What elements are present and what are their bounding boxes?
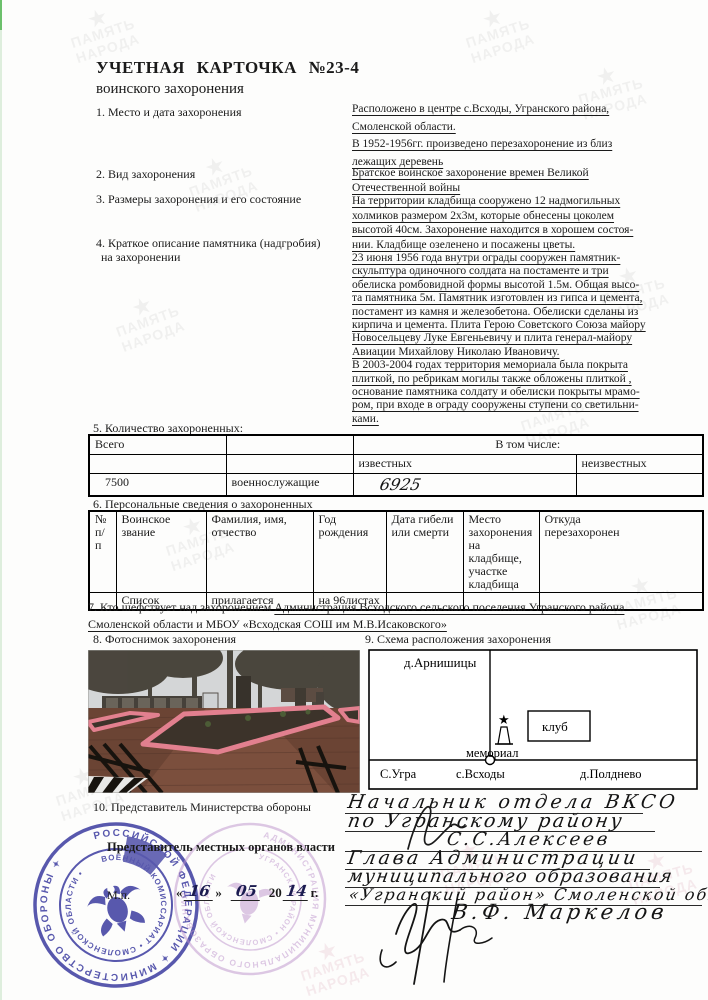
star-icon: ★ — [317, 943, 339, 961]
value-line: Расположено в центре с.Всходы, Угранског… — [352, 103, 609, 115]
known-header: известных — [353, 454, 576, 473]
value-line: В 2003-2004 годах территория мемориала б… — [352, 359, 628, 371]
field-label-3: 3. Размеры захоронения и его состояние — [96, 192, 301, 207]
value-line: нии. Кладбище озеленено и посажены цветы… — [352, 239, 575, 251]
star-icon: ★ — [205, 158, 227, 177]
category-value: военнослужащие — [226, 473, 353, 496]
value-line: обелиска ромбовидной формы высотой 1.5м.… — [352, 279, 639, 291]
personal-data-table: № п/п Воинское звание Фамилия, имя, отче… — [88, 510, 704, 611]
quote-open: « — [176, 885, 183, 901]
value-line: постамент из камня и железобетона. Обели… — [352, 306, 638, 318]
field-value-4: 23 июня 1956 года внутри ограды сооружен… — [352, 252, 652, 426]
value-line: На территории кладбища сооружено 12 надм… — [352, 195, 620, 207]
empty-cell — [226, 435, 353, 454]
total-header: Всего — [89, 435, 226, 454]
seal-place-label: М.п. — [107, 888, 130, 903]
value-line: ром, при входе в ограду сооружены ступен… — [352, 399, 639, 411]
local-representative-label: Представитель местных органов власти — [107, 840, 335, 855]
field-label-9: 9. Схема расположения захоронения — [365, 632, 551, 647]
field-7: 7. Кто шефствует над захоронением Админи… — [88, 599, 708, 632]
value-line: В 1952-1956гг. произведено перезахоронен… — [352, 138, 612, 150]
stamp1-inner-text: ВОЕННЫЙ КОМИССАРИАТ • СМОЛЕНСКОЙ ОБЛАСТИ… — [50, 839, 181, 970]
field-label-10: 10. Представитель Министерства обороны — [93, 800, 311, 815]
burial-count-table: Всего В том числе: известных неизвестных… — [88, 434, 704, 497]
date-year-handwritten: 14 — [282, 882, 310, 901]
star-icon: ★ — [596, 68, 618, 85]
unknown-value — [576, 473, 703, 496]
date-g: г. — [311, 885, 319, 901]
memorial-star-icon: ★ — [498, 712, 510, 727]
value-line: Братское воинское захоронение времен Вел… — [352, 167, 589, 179]
field-label-4: 4. Краткое описание памятника (надгробия… — [96, 236, 321, 251]
date-month-handwritten: 05 — [231, 882, 263, 901]
village-top-label: д.Арнишицы — [404, 655, 477, 670]
field-label-7: 7. Кто шефствует над захоронением — [88, 600, 274, 614]
empty-cell — [226, 454, 353, 473]
quote-close: » — [215, 885, 222, 901]
date-century: 20 — [269, 885, 282, 901]
value-line: скульптура одиночного солдата на постаме… — [352, 265, 609, 277]
value-line: Отечественной войны — [352, 182, 460, 194]
star-icon: ★ — [132, 298, 154, 317]
patron-value-line1: Администрация Всходского сельского посел… — [274, 600, 624, 614]
total-value: 7500 — [89, 473, 226, 496]
scan-edge — [0, 0, 2, 1000]
date-day-handwritten: 16 — [183, 882, 215, 901]
signature-markelov — [368, 888, 523, 988]
including-header: В том числе: — [353, 435, 703, 454]
col-header-death: Дата гибели или смерти — [386, 511, 463, 592]
pamyat-naroda-watermark: ★ПАМЯТЬНАРОДА — [109, 290, 187, 355]
svg-text:ВОЕННЫЙ КОМИССАРИАТ • СМОЛЕНСК: ВОЕННЫЙ КОМИССАРИАТ • СМОЛЕНСКОЙ ОБЛАСТИ… — [50, 839, 181, 970]
field-value-1: Расположено в центре с.Всходы, Угранског… — [352, 101, 652, 171]
value-line: ками. — [352, 413, 379, 425]
patron-value-line2: Смоленской области и МБОУ «Всходская СОШ… — [88, 617, 447, 631]
poldnevo-label: д.Полднево — [580, 767, 642, 781]
field-value-3: На территории кладбища сооружено 12 надм… — [352, 194, 652, 252]
signature-alekseev — [398, 795, 478, 857]
page-subtitle: воинского захоронения — [96, 81, 244, 98]
value-line: плиткой, по ребрикам могилы также обложе… — [352, 373, 632, 385]
vskhody-label: с.Всходы — [456, 767, 505, 781]
value-line: основание памятника солдату и обелиски п… — [352, 386, 640, 398]
ugra-label: С.Угра — [380, 767, 417, 781]
pamyat-naroda-watermark: ★ПАМЯТЬНАРОДА — [460, 3, 537, 66]
field-value-2: Братское воинское захоронение времен Вел… — [352, 166, 652, 196]
value-line: высотой 40см. Захоронение находится в хо… — [352, 224, 633, 236]
unknown-header: неизвестных — [576, 454, 703, 473]
col-header-place: Место захоронения на кладбище, участке к… — [463, 511, 539, 592]
value-line: Новосельцеву Луке Евгеньевичу и плита ге… — [352, 332, 632, 344]
value-line: Авиации Михайлову Николаю Ивановичу. — [352, 346, 560, 358]
pamyat-naroda-watermark: ★ПАМЯТЬНАРОДА — [65, 3, 142, 66]
field-label-1: 1. Место и дата захоронения — [96, 105, 242, 120]
value-line: кирпича и цемента. Плита Герою Советског… — [352, 319, 646, 331]
value-line: Смоленской области. — [352, 121, 456, 133]
location-schema: д.Арнишицы ★ мемориал клуб С.Угра с.Всхо… — [368, 649, 698, 790]
field-label-2: 2. Вид захоронения — [96, 167, 195, 182]
memorial-label: мемориал — [466, 746, 518, 760]
date-field: « 16 » 05 2014 г. — [176, 882, 318, 901]
handwritten-position-line5: муниципального образования — [346, 866, 675, 887]
pamyat-naroda-watermark: ★ПАМЯТЬНАРОДА — [295, 936, 372, 999]
value-line: та памятника 5м. Памятник изготовлен из … — [352, 292, 643, 304]
col-header-rank: Воинское звание — [116, 511, 206, 592]
star-icon: ★ — [482, 10, 504, 28]
page-title: УЧЕТНАЯ КАРТОЧКА №23-4 — [96, 58, 359, 78]
col-header-num: № п/п — [89, 511, 116, 592]
field-label-8: 8. Фотоснимок захоронения — [93, 632, 236, 647]
col-header-birth: Год рождения — [313, 511, 386, 592]
value-line: холмиков размером 2х3м, которые обнесены… — [352, 210, 614, 222]
col-header-origin: Откуда перезахоронен — [539, 511, 703, 592]
central-monument — [236, 676, 251, 712]
club-label: клуб — [542, 719, 568, 734]
known-value-handwritten: 6925 — [377, 475, 422, 494]
star-icon: ★ — [87, 10, 109, 28]
field-label-4b: на захоронении — [101, 250, 180, 265]
memorial-photo — [88, 650, 360, 793]
col-header-name: Фамилия, имя, отчество — [206, 511, 313, 592]
burial-record-card: ★ПАМЯТЬНАРОДА ★ПАМЯТЬНАРОДА ★ПАМЯТЬНАРОД… — [0, 0, 708, 1000]
empty-cell — [89, 454, 226, 473]
value-line: 23 июня 1956 года внутри ограды сооружен… — [352, 252, 620, 264]
